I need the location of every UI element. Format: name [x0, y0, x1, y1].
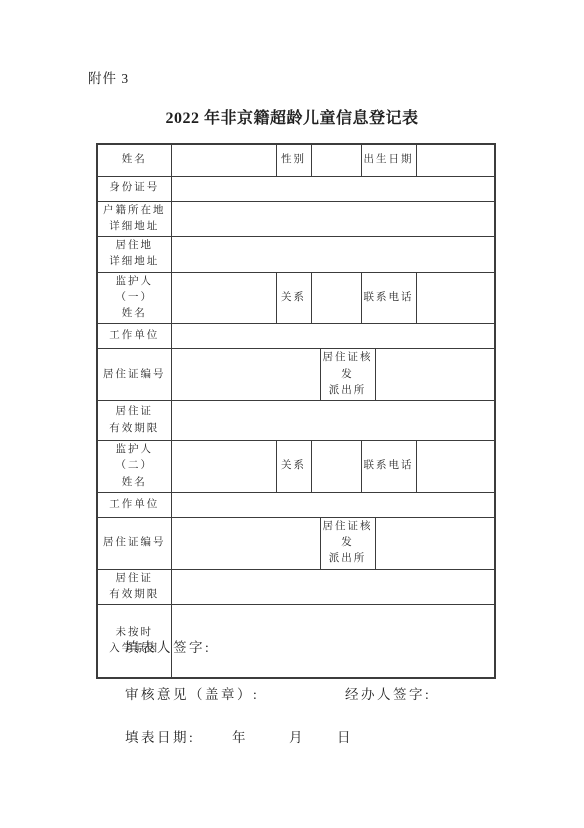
registration-form-table: 姓名 性别 出生日期 身份证号 户籍所在地 详细地址 居住地 详细地址 监护人（… — [96, 143, 496, 679]
table-row: 居住证编号 居住证核发 派出所 — [97, 517, 495, 569]
table-row: 户籍所在地 详细地址 — [97, 201, 495, 237]
table-row: 监护人（一） 姓名 关系 联系电话 — [97, 272, 495, 324]
page-title: 2022 年非京籍超龄儿童信息登记表 — [0, 105, 584, 128]
guardian1-permit-police-label: 居住证核发 派出所 — [320, 349, 375, 401]
id-number-field[interactable] — [171, 176, 495, 201]
guardian1-work-unit-field[interactable] — [171, 324, 495, 349]
attachment-label: 附件 3 — [88, 67, 129, 87]
filler-signature-label: 填表人签字: — [125, 636, 211, 656]
guardian2-work-unit-label: 工作单位 — [97, 492, 171, 517]
gender-label: 性别 — [276, 144, 311, 176]
guardian1-permit-no-field[interactable] — [171, 349, 320, 401]
guardian1-permit-no-label: 居住证编号 — [97, 349, 171, 401]
birth-date-label: 出生日期 — [361, 144, 416, 176]
guardian2-permit-police-field[interactable] — [375, 517, 495, 569]
guardian1-permit-police-field[interactable] — [375, 349, 495, 401]
guardian2-phone-field[interactable] — [416, 441, 495, 493]
residence-address-field[interactable] — [171, 237, 495, 273]
guardian1-name-field[interactable] — [171, 272, 276, 324]
month-label: 月 — [289, 726, 305, 746]
id-number-label: 身份证号 — [97, 176, 171, 201]
guardian1-relation-label: 关系 — [276, 272, 311, 324]
table-row: 身份证号 — [97, 176, 495, 201]
guardian2-phone-label: 联系电话 — [361, 441, 416, 493]
table-row: 居住证 有效期限 — [97, 569, 495, 605]
day-label: 日 — [337, 726, 353, 746]
handler-signature-label: 经办人签字: — [345, 683, 431, 703]
guardian1-permit-validity-field[interactable] — [171, 401, 495, 441]
guardian1-permit-validity-label: 居住证 有效期限 — [97, 401, 171, 441]
residence-address-label: 居住地 详细地址 — [97, 237, 171, 273]
table-row: 工作单位 — [97, 324, 495, 349]
guardian2-permit-police-label: 居住证核发 派出所 — [320, 517, 375, 569]
guardian2-relation-field[interactable] — [311, 441, 361, 493]
fill-date-label: 填表日期: — [125, 726, 195, 746]
guardian2-permit-validity-label: 居住证 有效期限 — [97, 569, 171, 605]
year-label: 年 — [232, 726, 248, 746]
guardian1-phone-field[interactable] — [416, 272, 495, 324]
no-enroll-reason-field[interactable] — [171, 605, 495, 678]
guardian2-name-field[interactable] — [171, 441, 276, 493]
name-field[interactable] — [171, 144, 276, 176]
review-opinion-label: 审核意见（盖章）: — [125, 683, 259, 703]
guardian1-phone-label: 联系电话 — [361, 272, 416, 324]
document-page: 附件 3 2022 年非京籍超龄儿童信息登记表 姓名 性别 出生日期 身份证号 … — [0, 0, 584, 828]
table-row: 居住证 有效期限 — [97, 401, 495, 441]
table-row: 居住证编号 居住证核发 派出所 — [97, 349, 495, 401]
guardian2-work-unit-field[interactable] — [171, 492, 495, 517]
guardian2-permit-no-label: 居住证编号 — [97, 517, 171, 569]
table-row: 姓名 性别 出生日期 — [97, 144, 495, 176]
table-row: 监护人（二） 姓名 关系 联系电话 — [97, 441, 495, 493]
guardian2-permit-no-field[interactable] — [171, 517, 320, 569]
birth-date-field[interactable] — [416, 144, 495, 176]
guardian1-relation-field[interactable] — [311, 272, 361, 324]
guardian1-work-unit-label: 工作单位 — [97, 324, 171, 349]
guardian2-relation-label: 关系 — [276, 441, 311, 493]
hukou-address-field[interactable] — [171, 201, 495, 237]
table-row: 居住地 详细地址 — [97, 237, 495, 273]
guardian2-permit-validity-field[interactable] — [171, 569, 495, 605]
table-row: 工作单位 — [97, 492, 495, 517]
gender-field[interactable] — [311, 144, 361, 176]
hukou-address-label: 户籍所在地 详细地址 — [97, 201, 171, 237]
guardian2-name-label: 监护人（二） 姓名 — [97, 441, 171, 493]
name-label: 姓名 — [97, 144, 171, 176]
guardian1-name-label: 监护人（一） 姓名 — [97, 272, 171, 324]
